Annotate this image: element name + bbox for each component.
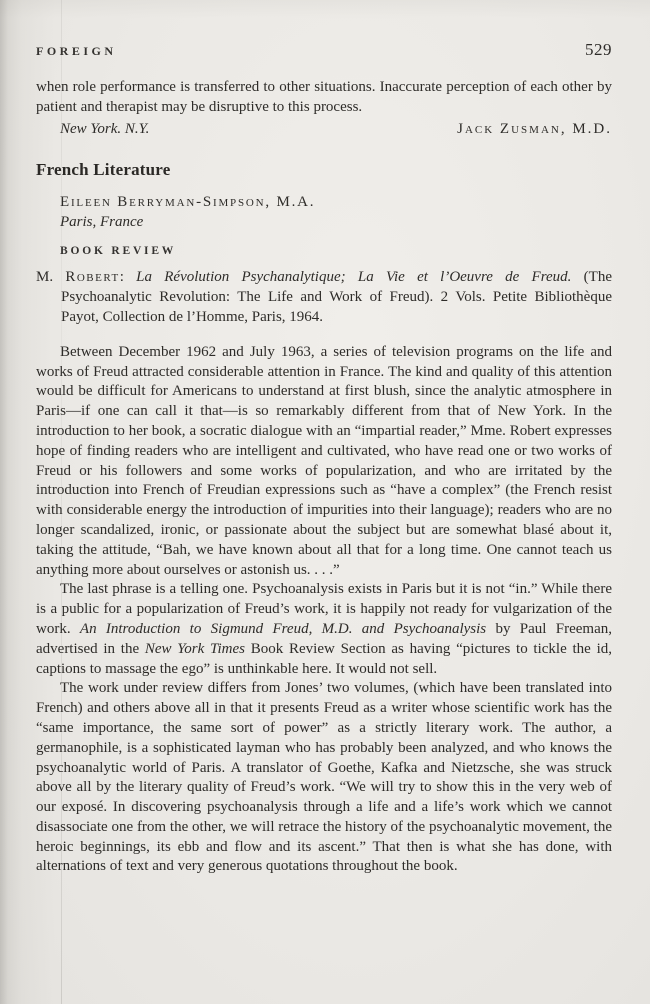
scanned-page: FOREIGN 529 when role performance is tra… (0, 0, 650, 1004)
text-run: The work under review differs from Jones… (36, 680, 612, 874)
text-run: Robert (65, 269, 119, 285)
review-paragraph: The work under review differs from Jones… (36, 679, 612, 877)
reviewer-location: Paris, France (60, 213, 612, 233)
text-run: New York Times (145, 641, 245, 657)
running-head: FOREIGN 529 (36, 40, 612, 62)
reviewer-block: Eileen Berryman-Simpson, M.A. Paris, Fra… (36, 193, 612, 233)
book-review-label: BOOK REVIEW (36, 242, 612, 262)
text-run: M. (36, 269, 65, 285)
text-run: La Révolution Psychanalytique; La Vie et… (136, 269, 571, 285)
text-run: An Introduction to Sigmund Freud, M.D. a… (80, 621, 486, 637)
text-run: Between December 1962 and July 1963, a s… (36, 344, 612, 578)
running-head-section-label: FOREIGN (36, 42, 117, 62)
text-run: : (120, 269, 136, 285)
byline-location: New York. N.Y. (36, 120, 149, 140)
page-number: 529 (585, 40, 612, 60)
previous-review-byline: New York. N.Y. Jack Zusman, M.D. (36, 120, 612, 140)
review-paragraph: The last phrase is a telling one. Psycho… (36, 580, 612, 679)
review-paragraph: Between December 1962 and July 1963, a s… (36, 343, 612, 581)
byline-reviewer: Jack Zusman, M.D. (457, 120, 612, 140)
book-citation: M. Robert: La Révolution Psychanalytique… (36, 268, 612, 327)
reviewer-name: Eileen Berryman-Simpson, M.A. (60, 193, 612, 213)
section-heading: French Literature (36, 160, 612, 180)
previous-review-closing-paragraph: when role performance is transferred to … (36, 78, 612, 118)
